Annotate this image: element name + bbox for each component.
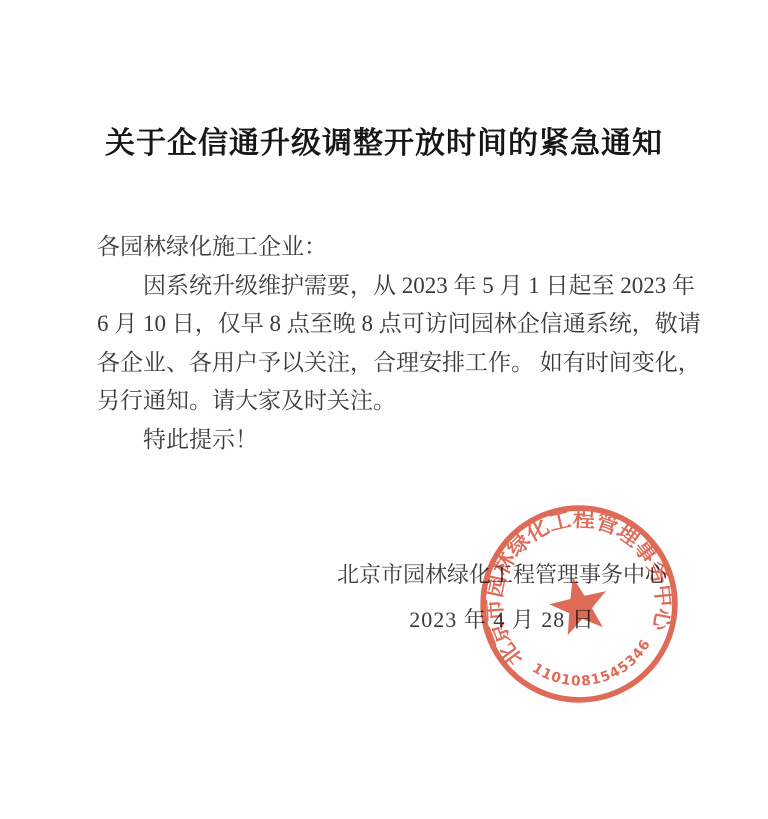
paragraph-line: 另行通知。请大家及时关注。 [97,382,672,421]
salutation-line: 各园林绿化施工企业： [97,228,672,267]
paragraph-line: 6 月 10 日，仅早 8 点至晚 8 点可访问园林企信通系统，敬请 [97,305,672,344]
signature-org-name: 北京市园林绿化工程管理事务中心 [336,560,668,590]
document-body: 各园林绿化施工企业： 因系统升级维护需要，从 2023 年 5 月 1 日起至 … [97,228,672,459]
document-page: 关于企信通升级调整开放时间的紧急通知 各园林绿化施工企业： 因系统升级维护需要，… [0,0,768,819]
paragraph-line: 各企业、各用户予以关注，合理安排工作。 如有时间变化， [97,344,672,383]
seal-number: 1101081545346 [527,634,661,702]
signature-block: 北京市园林绿化工程管理事务中心 2023 年 4 月 28 日 [336,560,668,634]
document-title: 关于企信通升级调整开放时间的紧急通知 [0,118,768,162]
closing-line: 特此提示！ [97,421,672,460]
signature-date: 2023 年 4 月 28 日 [336,603,668,634]
paragraph-line: 因系统升级维护需要，从 2023 年 5 月 1 日起至 2023 年 [97,267,672,306]
